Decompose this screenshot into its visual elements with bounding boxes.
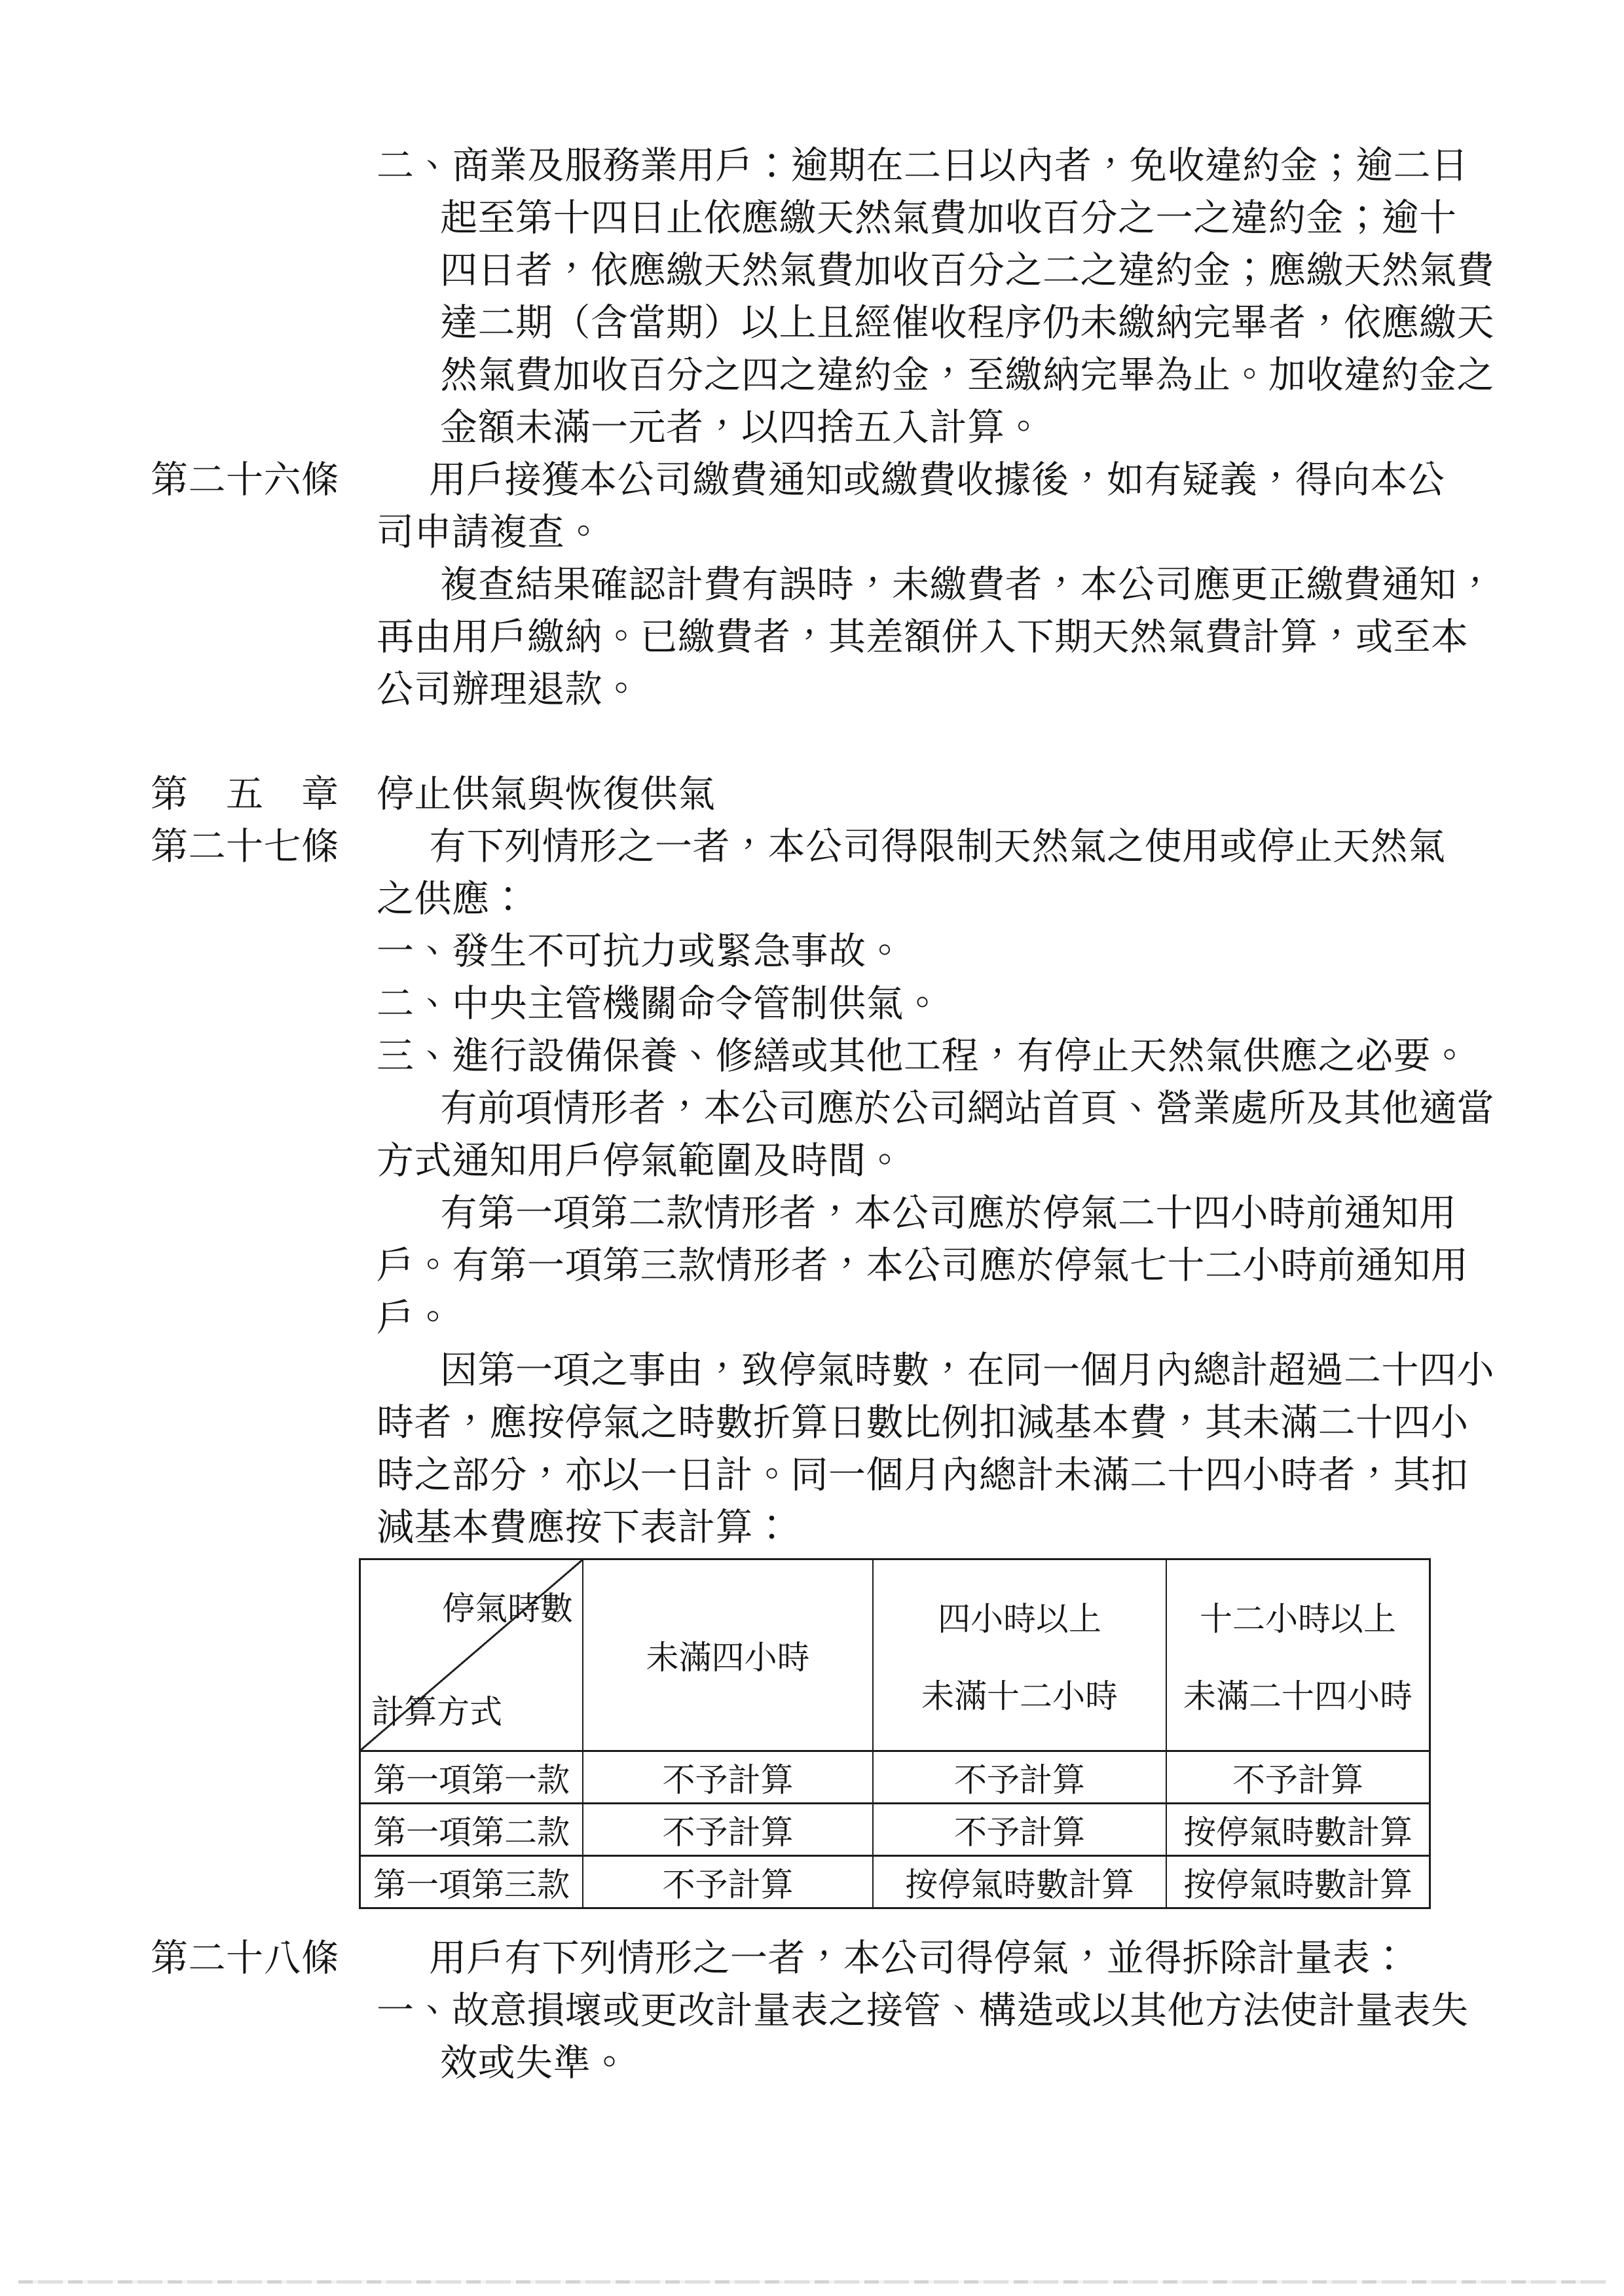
basic-fee-deduction-table: 停氣時數 計算方式 未滿四小時 四小時以上 未滿十二小時 十二小時以上 未滿二十… <box>359 1558 1431 1909</box>
clause-line: 金額未滿一元者，以四捨五入計算。 <box>0 402 1624 454</box>
scanner-noise-line <box>18 2280 1606 2284</box>
article-text: 有下列情形之一者，本公司得限制天然氣之使用或停止天然氣 <box>429 826 1446 867</box>
article-number: 第二十六條 <box>151 454 339 507</box>
article-number: 第二十八條 <box>151 1933 339 1985</box>
clause-line: 三、進行設備保養、修繕或其他工程，有停止天然氣供應之必要。 <box>0 1030 1624 1083</box>
clause-line: 減基本費應按下表計算： <box>0 1502 1624 1554</box>
table-cell: 按停氣時數計算 <box>1166 1802 1429 1855</box>
article-27-line: 第二十七條 有下列情形之一者，本公司得限制天然氣之使用或停止天然氣 <box>0 821 1624 873</box>
corner-label-calc-method: 計算方式 <box>371 1686 502 1733</box>
clause-line: 有前項情形者，本公司應於公司網站首頁、營業處所及其他適當 <box>0 1083 1624 1135</box>
clause-line: 一、發生不可抗力或緊急事故。 <box>0 926 1624 978</box>
article-28-line: 第二十八條 用戶有下列情形之一者，本公司得停氣，並得拆除計量表： <box>0 1933 1624 1985</box>
scanned-document-page: 二、商業及服務業用戶：逾期在二日以內者，免收違約金；逾二日 起至第十四日止依應繳… <box>0 0 1624 2296</box>
table-cell: 不予計算 <box>872 1802 1166 1855</box>
table-col-header: 十二小時以上 未滿二十四小時 <box>1166 1560 1429 1750</box>
table-cell: 不予計算 <box>582 1802 872 1855</box>
table-row-label: 第一項第三款 <box>361 1855 582 1907</box>
table-cell: 不予計算 <box>1166 1750 1429 1802</box>
article-text: 用戶接獲本公司繳費通知或繳費收據後，如有疑義，得向本公 <box>429 460 1446 501</box>
article-26-line: 第二十六條 用戶接獲本公司繳費通知或繳費收據後，如有疑義，得向本公 <box>0 454 1624 507</box>
clause-line: 複查結果確認計費有誤時，未繳費者，本公司應更正繳費通知， <box>0 559 1624 611</box>
table-cell: 不予計算 <box>582 1855 872 1907</box>
table-row-label: 第一項第二款 <box>361 1802 582 1855</box>
table-col-header: 四小時以上 未滿十二小時 <box>872 1560 1166 1750</box>
article-text: 用戶有下列情形之一者，本公司得停氣，並得拆除計量表： <box>429 1938 1408 1979</box>
table-corner-cell: 停氣時數 計算方式 <box>361 1560 582 1750</box>
clause-line: 起至第十四日止依應繳天然氣費加收百分之一之違約金；逾十 <box>0 192 1624 245</box>
table-cell: 按停氣時數計算 <box>872 1855 1166 1907</box>
clause-line: 司申請複查。 <box>0 507 1624 559</box>
blank-line <box>0 716 1624 769</box>
clause-line: 時者，應按停氣之時數折算日數比例扣減基本費，其未滿二十四小 <box>0 1397 1624 1449</box>
clause-line: 戶。 <box>0 1292 1624 1345</box>
article-number: 第二十七條 <box>151 821 339 873</box>
table-cell: 按停氣時數計算 <box>1166 1855 1429 1907</box>
clause-line: 因第一項之事由，致停氣時數，在同一個月內總計超過二十四小 <box>0 1345 1624 1397</box>
clause-line: 時之部分，亦以一日計。同一個月內總計未滿二十四小時者，其扣 <box>0 1449 1624 1502</box>
clause-line: 方式通知用戶停氣範圍及時間。 <box>0 1135 1624 1188</box>
clause-line: 再由用戶繳納。已繳費者，其差額併入下期天然氣費計算，或至本 <box>0 611 1624 664</box>
clause-line: 然氣費加收百分之四之違約金，至繳納完畢為止。加收違約金之 <box>0 350 1624 402</box>
clause-line: 效或失準。 <box>0 2037 1624 2090</box>
table-col-header: 未滿四小時 <box>582 1560 872 1750</box>
chapter-title: 停止供氣與恢復供氣 <box>377 774 716 815</box>
clause-line: 公司辦理退款。 <box>0 664 1624 716</box>
clause-line: 戶。有第一項第三款情形者，本公司應於停氣七十二小時前通知用 <box>0 1240 1624 1292</box>
table-cell: 不予計算 <box>582 1750 872 1802</box>
clause-line: 一、故意損壞或更改計量表之接管、構造或以其他方法使計量表失 <box>0 1985 1624 2037</box>
corner-label-outage-hours: 停氣時數 <box>442 1582 573 1630</box>
clause-line: 有第一項第二款情形者，本公司應於停氣二十四小時前通知用 <box>0 1188 1624 1240</box>
table-row-label: 第一項第一款 <box>361 1750 582 1802</box>
clause-line: 之供應： <box>0 873 1624 926</box>
clause-line: 四日者，依應繳天然氣費加收百分之二之違約金；應繳天然氣費 <box>0 245 1624 297</box>
chapter-number: 第 五 章 <box>151 769 339 821</box>
clause-line: 達二期（含當期）以上且經催收程序仍未繳納完畢者，依應繳天 <box>0 297 1624 350</box>
clause-line: 二、中央主管機關命令管制供氣。 <box>0 978 1624 1030</box>
table-cell: 不予計算 <box>872 1750 1166 1802</box>
clause-line: 二、商業及服務業用戶：逾期在二日以內者，免收違約金；逾二日 <box>0 140 1624 192</box>
chapter-5-heading: 第 五 章 停止供氣與恢復供氣 <box>0 769 1624 821</box>
